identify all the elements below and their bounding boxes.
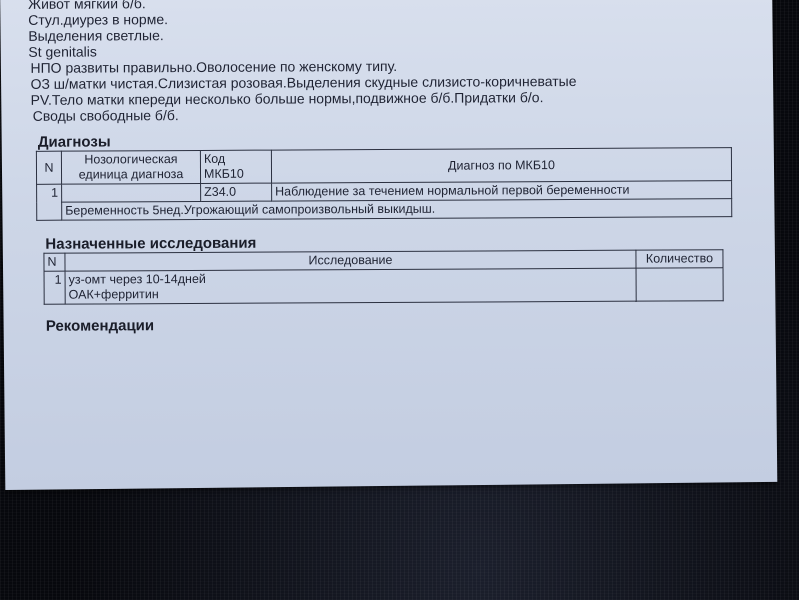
table-row-note: Беременность 5нед.Угрожающий самопроизво… [37, 199, 732, 221]
cell-n: 1 [37, 184, 62, 220]
diagnoses-header-row: N Нозологическая единица диагноза Код МК… [36, 148, 731, 185]
cell-icd-diagnosis: Наблюдение за течением нормальной первой… [272, 181, 732, 201]
exam-line-external-genitalia: НПО развиты правильно.Оволосение по женс… [30, 58, 397, 76]
col-n: N [36, 151, 61, 184]
studies-table: N Исследование Количество 1 уз-омт через… [43, 249, 723, 305]
medical-record-page: Живот мягкий б/б. Стул.диурез в норме. В… [0, 0, 777, 490]
exam-line-pv: PV.Тело матки кпереди несколько больше н… [31, 89, 544, 108]
cell-study: уз-омт через 10-14дней ОАК+ферритин [65, 268, 636, 304]
col-icd-diagnosis: Диагноз по МКБ10 [271, 148, 731, 183]
col-n: N [44, 253, 65, 271]
col-icd-code: Код МКБ10 [200, 150, 271, 183]
exam-line-stool: Стул.диурез в норме. [28, 11, 168, 28]
col-nosology: Нозологическая единица диагноза [61, 150, 200, 184]
cell-n: 1 [44, 271, 65, 304]
table-row: 1 уз-омт через 10-14дней ОАК+ферритин [44, 268, 723, 305]
exam-line-fornices: Своды свободные б/б. [33, 107, 179, 124]
exam-line-abdomen: Живот мягкий б/б. [28, 0, 146, 12]
cell-icd-code: Z34.0 [201, 183, 272, 201]
cell-quantity [636, 268, 723, 301]
study-line: ОАК+ферритин [69, 285, 633, 303]
recommendations-title: Рекомендации [46, 317, 154, 335]
col-quantity: Количество [636, 250, 723, 268]
exam-line-st-genitalis: St genitalis [28, 43, 97, 59]
diagnoses-title: Диагнозы [38, 133, 111, 150]
diagnoses-table: N Нозологическая единица диагноза Код МК… [36, 147, 732, 221]
cell-nosology [62, 183, 201, 202]
exam-line-discharge: Выделения светлые. [28, 27, 164, 44]
cell-diagnosis-note: Беременность 5нед.Угрожающий самопроизво… [62, 199, 732, 221]
studies-title: Назначенные исследования [45, 235, 256, 253]
